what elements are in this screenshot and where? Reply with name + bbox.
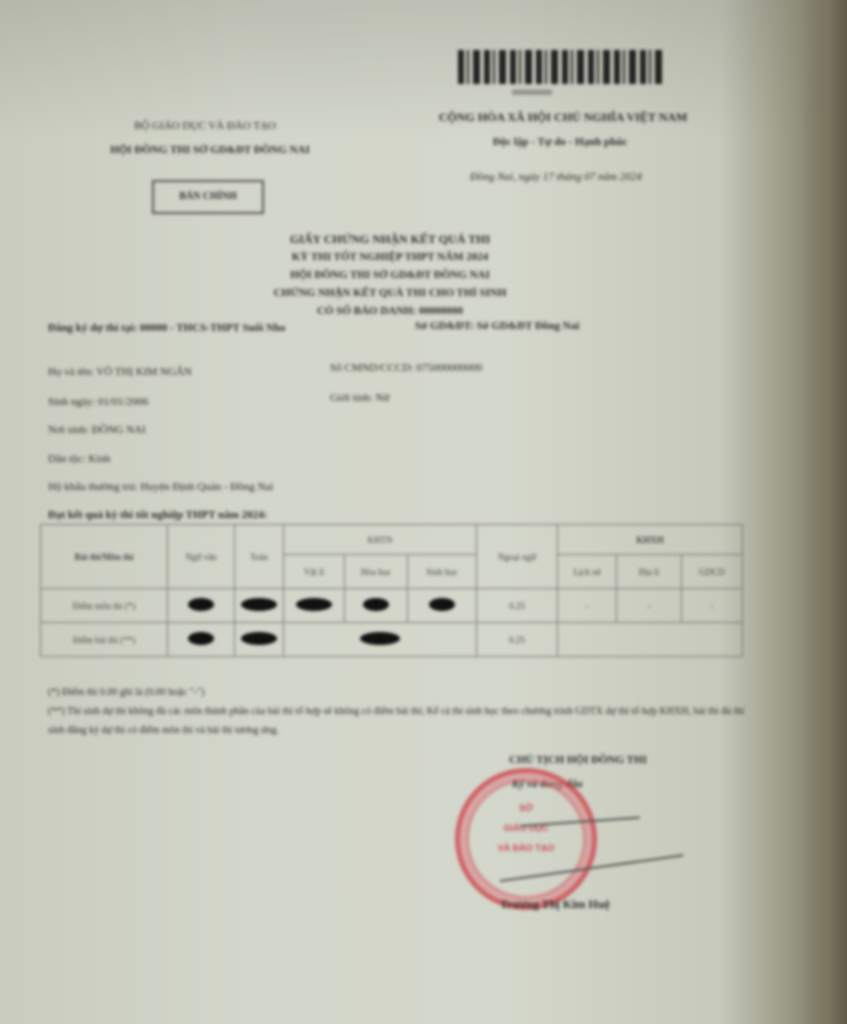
republic-header: CỘNG HÒA XÃ HỘI CHỦ NGHĨA VIỆT NAM — [398, 110, 728, 125]
issue-date: Đồng Nai, ngày 17 tháng 07 năm 2024 — [470, 171, 642, 183]
stamp-text: VÀ ĐÀO TẠO — [460, 843, 592, 853]
candidate-name: Họ và tên: VÕ THỊ KIM NGÂN — [48, 366, 192, 378]
row-label: Điểm bài thi (**) — [41, 623, 168, 657]
footnote: (*) Điểm thi 0.00 ghi là (0.00 hoặc "-") — [48, 683, 748, 702]
header-physics: Vật lí — [284, 555, 345, 589]
header-geography: Địa lí — [617, 555, 682, 589]
registration-location: Đăng ký dự thi tại: 00000 - THCS-THPT Su… — [48, 322, 286, 334]
score-redacted — [408, 589, 477, 623]
official-stamp: SỞ GIÁO DỤC VÀ ĐÀO TẠO — [455, 768, 597, 910]
candidate-birthplace: Nơi sinh: ĐỒNG NAI — [48, 424, 146, 436]
results-heading: Đạt kết quả kỳ thi tốt nghiệp THPT năm 2… — [48, 509, 267, 521]
title-line: CHỨNG NHẬN KẾT QUẢ THI CHO THÍ SINH — [210, 284, 570, 302]
row-label: Điểm môn thi (*) — [41, 589, 168, 623]
score-redacted — [284, 589, 345, 623]
score-redacted — [168, 623, 235, 657]
barcode — [458, 50, 664, 84]
footnote: (**) Thí sinh dự thi không đủ các môn th… — [48, 702, 748, 740]
exam-council: HỘI ĐỒNG THI SỞ GD&ĐT ĐỒNG NAI — [65, 144, 355, 156]
footnotes: (*) Điểm thi 0.00 ghi là (0.00 hoặc "-")… — [48, 683, 748, 740]
title-line: GIẤY CHỨNG NHẬN KẾT QUẢ THI — [210, 230, 570, 248]
signature-title: CHỦ TỊCH HỘI ĐỒNG THI — [468, 754, 688, 766]
candidate-gender: Giới tính: Nữ — [330, 392, 389, 404]
header-biology: Sinh học — [408, 555, 477, 589]
score-foreign: 0.25 — [477, 623, 558, 657]
score-redacted — [168, 589, 235, 623]
title-line: KỲ THI TỐT NGHIỆP THPT NĂM 2024 — [210, 248, 570, 266]
table-row: Điểm môn thi (*) 0.25 - - - — [41, 589, 743, 623]
score-geography: - — [617, 589, 682, 623]
registration-department: Sở GD&ĐT: Sở GD&ĐT Đồng Nai — [415, 320, 579, 332]
header-khtn: KHTN — [284, 525, 477, 555]
paper-edge — [800, 0, 847, 1024]
header-civics: GDCD — [682, 555, 743, 589]
header-subject: Bài thi/Môn thi — [41, 525, 168, 589]
table-row: Điểm bài thi (**) 0.25 — [41, 623, 743, 657]
header-history: Lịch sử — [558, 555, 617, 589]
header-math: Toán — [235, 525, 284, 589]
header-literature: Ngữ văn — [168, 525, 235, 589]
stamp-text: SỞ — [460, 803, 592, 813]
score-table: Bài thi/Môn thi Ngữ văn Toán KHTN Ngoại … — [40, 524, 743, 657]
score-history: - — [558, 589, 617, 623]
copy-label: BẢN CHÍNH — [152, 180, 264, 214]
title-line: HỘI ĐỒNG THI SỞ GD&ĐT ĐỒNG NAI — [210, 266, 570, 284]
score-redacted — [284, 623, 477, 657]
score-khxh — [558, 623, 743, 657]
ministry-name: BỘ GIÁO DỤC VÀ ĐÀO TẠO — [100, 120, 310, 132]
score-redacted — [345, 589, 408, 623]
candidate-residence: Hộ khẩu thường trú: Huyện Định Quán - Đồ… — [48, 481, 273, 493]
candidate-dob: Sinh ngày: 01/01/2006 — [48, 396, 148, 408]
header-chemistry: Hóa học — [345, 555, 408, 589]
candidate-ethnicity: Dân tộc: Kinh — [48, 453, 110, 465]
certificate-document: 0000000000 BỘ GIÁO DỤC VÀ ĐÀO TẠO HỘI ĐỒ… — [0, 0, 800, 1024]
header-khxh: KHXH — [558, 525, 743, 555]
score-redacted — [235, 589, 284, 623]
candidate-id: Số CMND/CCCD: 075000000000 — [330, 362, 482, 374]
signer-name: Trương Thị Kim Huệ — [500, 897, 610, 912]
certificate-title: GIẤY CHỨNG NHẬN KẾT QUẢ THI KỲ THI TỐT N… — [210, 230, 570, 320]
title-line: CÓ SỐ BÁO DANH: 00000000 — [210, 302, 570, 320]
header-foreign: Ngoại ngữ — [477, 525, 558, 589]
score-civics: - — [682, 589, 743, 623]
score-foreign: 0.25 — [477, 589, 558, 623]
barcode-number: 0000000000 — [512, 88, 552, 97]
motto: Độc lập - Tự do - Hạnh phúc — [460, 136, 660, 148]
score-redacted — [235, 623, 284, 657]
